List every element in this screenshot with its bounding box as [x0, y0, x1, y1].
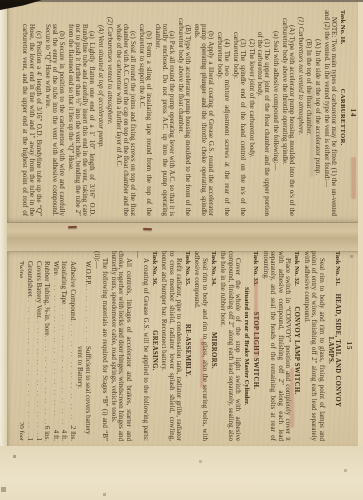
material-name: Twine	[20, 261, 24, 278]
paragraph: (B) In the top of the float chamber.	[305, 10, 312, 216]
materials-row: Rubber Tubing, ⅜-in. bore6 ins.	[42, 251, 51, 441]
task-title: CARBURETTOR.	[339, 44, 346, 190]
page-number: 15	[344, 251, 352, 441]
dot-leader	[83, 285, 91, 346]
paragraph: (1) The upper joint of the float chamber…	[256, 10, 270, 216]
paragraph: (4) The two mixture adjustment screws at…	[216, 10, 230, 216]
dot-leader	[20, 278, 23, 421]
page-edge-highlight	[0, 0, 7, 446]
material-quantity: 2 lbs.	[68, 426, 76, 441]
paragraph: (A) Type with accelerator pump housing m…	[281, 10, 295, 216]
dot-leader	[42, 336, 50, 426]
task-title: GREASING.	[150, 286, 158, 415]
material-quantity: 1	[34, 438, 42, 442]
task-label: Task No. 36.	[150, 251, 158, 286]
material-quantity: 20 feet	[20, 422, 24, 441]
paragraph: Cover the whole of the stop light switch…	[219, 251, 242, 441]
task-heading: Task No. 34.MIRRORS.	[209, 251, 217, 441]
materials-row: Insulating Tape4 ft.	[59, 251, 68, 441]
staple-mark	[143, 228, 152, 230]
task-title: CONVOY LAMP SWITCH.	[293, 286, 301, 415]
dot-leader	[59, 304, 67, 430]
task-label: Task No. 35.	[184, 251, 192, 286]
task-label: Task No. 33.	[252, 251, 260, 286]
paragraph: A coating of Grease G.S. will be applied…	[134, 251, 149, 441]
paragraph: Seal rim to body and rim to glass, fixin…	[302, 251, 325, 441]
paragraph: Refit radiator, pipe to condensation tan…	[159, 251, 182, 441]
dot-leader	[33, 318, 41, 438]
paragraph: Place switch in “CONVOY” position and co…	[261, 251, 291, 441]
paragraph: (a) Lightly flatten one end of a 1′ 10″ …	[67, 10, 96, 216]
material-quantity: 6 ins.	[43, 426, 51, 441]
dot-leader	[67, 320, 75, 426]
paragraph: (2) The lower joint of the carburettor b…	[247, 10, 254, 216]
task-label: Task No. 18.	[339, 10, 346, 44]
dot-leader	[24, 297, 32, 438]
task-heading: Task No. 31.HEAD, SIDE, TAIL AND CONVOY …	[326, 251, 341, 441]
paragraph: Seal rim to body and rim to glass, also …	[193, 251, 208, 441]
paragraph: (b) Form a sling of insulating tape roun…	[138, 10, 152, 216]
materials-row: W.O.P.P.Sufficient to seal covers batter…	[76, 251, 91, 441]
dot-leader	[50, 275, 58, 430]
scan-background	[0, 446, 363, 500]
paragraph: (1) Carburettors not vented to atmospher…	[297, 10, 304, 216]
material-quantity: Sufficient to seal covers battery vent t…	[76, 346, 91, 441]
section-subtitle: Situated on rear of Brake Master Cylinde…	[243, 251, 251, 441]
page-number: 14	[349, 10, 356, 216]
paragraph: (B) Type with accelerator pump housing m…	[177, 10, 191, 216]
task-heading: Task No. 33.STOP LIGHT SWITCH.	[252, 251, 260, 441]
task-title: STOP LIGHT SWITCH.	[252, 286, 260, 415]
scan-edge-shadow	[0, 0, 363, 2]
materials-row: Groundsheet1	[24, 251, 33, 441]
materials-row: Wire4 ft.	[50, 251, 59, 441]
task-heading: Task No. 35.RE-ASSEMBLY.	[184, 251, 192, 441]
task-title: MIRRORS.	[209, 286, 217, 415]
paragraph: (b) Apply a liberal coating of Grease G.…	[192, 10, 214, 216]
materials-row: Covers Battery Vent1	[33, 251, 42, 441]
task-heading: Task No. 32.CONVOY LAMP SWITCH.	[293, 251, 301, 441]
task-heading: Task No. 18.CARBURETTOR.	[339, 10, 346, 216]
paragraph: (b) Secure in position to the carburetto…	[44, 10, 66, 216]
paragraph: (2) Carburettors vented to atmosphere.	[106, 10, 113, 216]
paragraph: (c) Position a 4′ length of 3/16″ O.D. B…	[20, 10, 42, 216]
task-label: Task No. 32.	[293, 251, 301, 286]
left-page-content: 14Task No. 18.CARBURETTOR.NOTE: Two main…	[20, 7, 358, 219]
paragraph: The following materials are required for…	[93, 251, 108, 441]
task-title: HEAD, SIDE, TAIL AND CONVOY LAMPS.	[326, 286, 341, 415]
paragraph: (3) The spindle end of the hand control …	[231, 10, 245, 216]
material-name: Rubber Tubing, ⅜-in. bore	[43, 261, 51, 336]
right-page-content: 15Task No. 31.HEAD, SIDE, TAIL AND CONVO…	[20, 248, 354, 444]
material-quantity: 4 ft.	[51, 430, 59, 441]
scanned-booklet-photo: 14Task No. 18.CARBURETTOR.NOTE: Two main…	[0, 0, 363, 500]
page-edge-highlight	[358, 0, 363, 446]
material-name: Wire	[51, 261, 59, 275]
paragraph: (a) Seal with adhesive compound the foll…	[272, 10, 279, 216]
task-label: Task No. 31.	[334, 251, 342, 286]
paragraph: (c) Seal all round the joints and fixing…	[114, 10, 136, 216]
material-quantity: 4 ft.	[60, 430, 68, 441]
paragraph: (a) Pack all round the pump operating le…	[153, 10, 175, 216]
task-title: RE-ASSEMBLY.	[184, 286, 192, 415]
task-heading: Task No. 36.GREASING.	[150, 251, 158, 441]
material-name: W.O.P.P.	[84, 261, 92, 285]
paragraph: (A) Vent situated at top of accelerator …	[97, 10, 104, 216]
material-name: Covers Battery Vent	[34, 261, 42, 318]
material-name: Insulating Tape	[60, 261, 68, 304]
material-name: Groundsheet	[25, 261, 33, 297]
materials-row: Adhesive Compound2 lbs.	[67, 251, 76, 441]
paragraph: All controls, linkages of accelerator an…	[109, 251, 132, 441]
task-label: Task No. 34.	[209, 251, 217, 286]
material-quantity: 1	[25, 438, 33, 442]
paragraph: NOTE: Two main types of carburettor may …	[323, 10, 337, 216]
paper-specks	[0, 0, 1, 1]
material-name: Adhesive Compound	[68, 261, 76, 320]
paragraph: (A) In the side at the top of the accele…	[314, 10, 321, 216]
